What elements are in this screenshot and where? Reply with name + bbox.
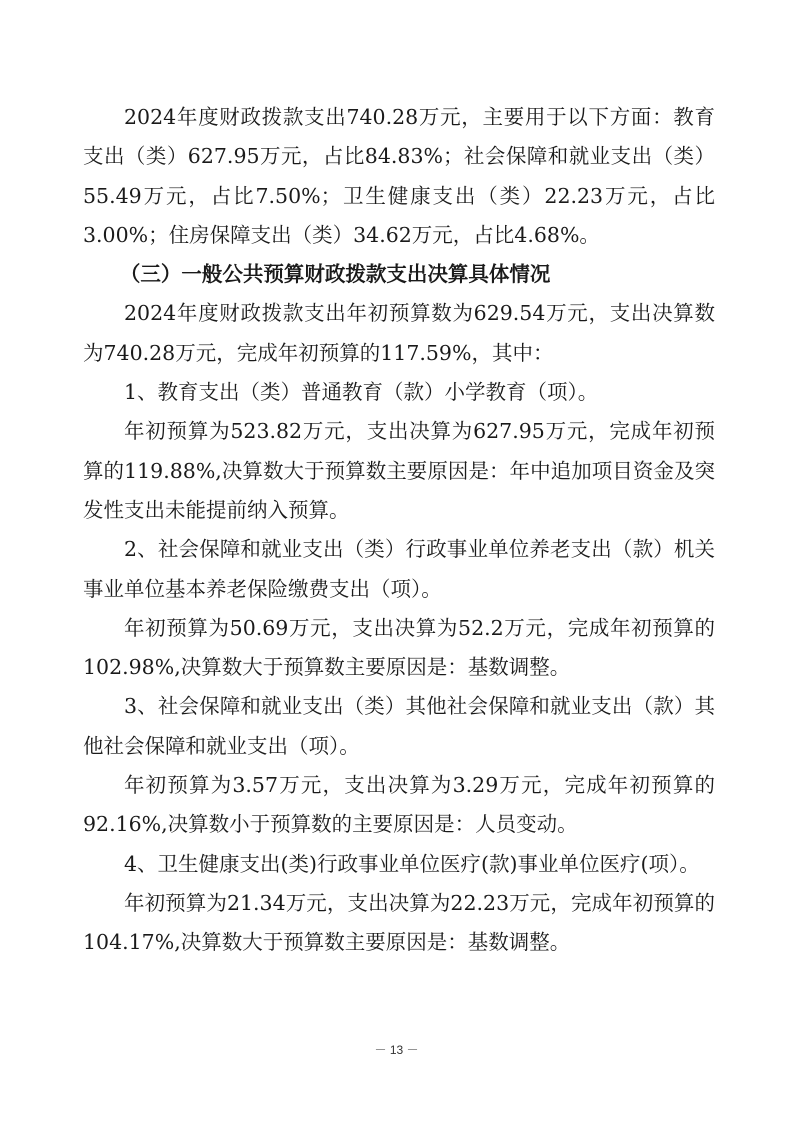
- item-1-detail: 年初预算为523.82万元，支出决算为627.95万元，完成年初预算的119.8…: [83, 412, 715, 530]
- paragraph-expenditure-summary: 2024年度财政拨款支出740.28万元，主要用于以下方面：教育支出（类）627…: [83, 98, 715, 255]
- document-body: 2024年度财政拨款支出740.28万元，主要用于以下方面：教育支出（类）627…: [83, 98, 715, 963]
- document-page: 2024年度财政拨款支出740.28万元，主要用于以下方面：教育支出（类）627…: [0, 0, 793, 1122]
- section-heading: （三）一般公共预算财政拨款支出决算具体情况: [83, 255, 715, 294]
- item-3-title: 3、社会保障和就业支出（类）其他社会保障和就业支出（款）其他社会保障和就业支出（…: [83, 687, 715, 766]
- item-3-detail: 年初预算为3.57万元，支出决算为3.29万元，完成年初预算的92.16%,决算…: [83, 766, 715, 845]
- item-2-detail: 年初预算为50.69万元，支出决算为52.2万元，完成年初预算的102.98%,…: [83, 609, 715, 688]
- item-1-title: 1、教育支出（类）普通教育（款）小学教育（项）。: [83, 373, 715, 412]
- page-number: － 13 －: [0, 1041, 793, 1058]
- item-4-title: 4、卫生健康支出(类)行政事业单位医疗(款)事业单位医疗(项）。: [83, 845, 715, 884]
- item-4-detail: 年初预算为21.34万元，支出决算为22.23万元，完成年初预算的104.17%…: [83, 884, 715, 963]
- paragraph-budget-overview: 2024年度财政拨款支出年初预算数为629.54万元，支出决算数为740.28万…: [83, 294, 715, 373]
- item-2-title: 2、社会保障和就业支出（类）行政事业单位养老支出（款）机关事业单位基本养老保险缴…: [83, 530, 715, 609]
